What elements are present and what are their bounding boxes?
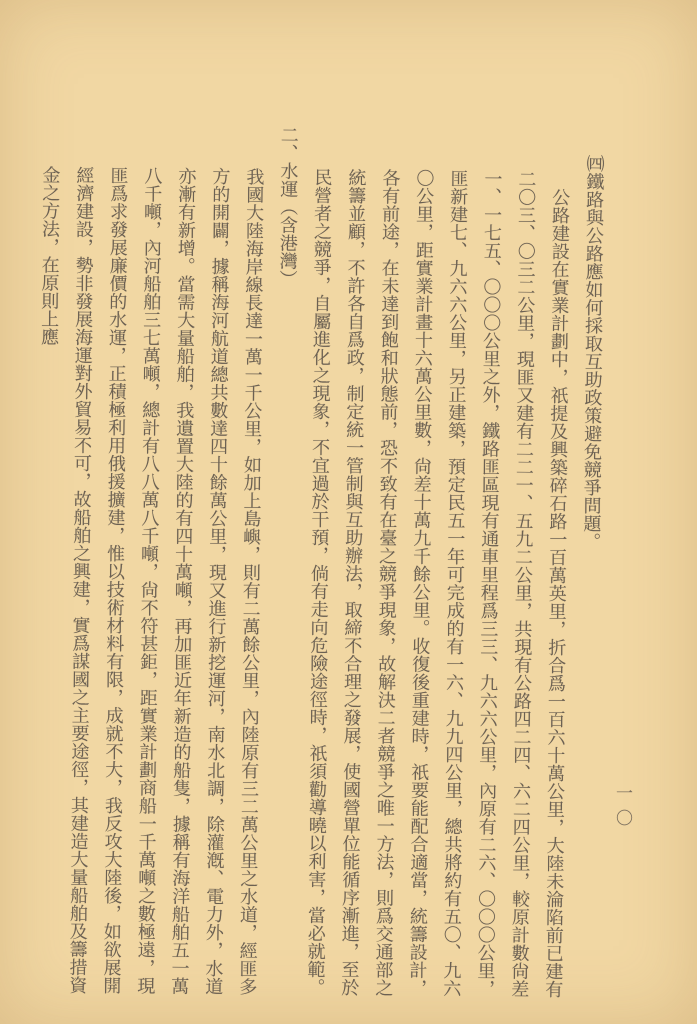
paragraph-water-transport: 我國大陸海岸線長達一萬一千公里，如加上島嶼，則有二萬餘公里，內陸原有三二萬公里之… [25, 123, 271, 1007]
page-text-block: ㈣鐵路與公路應如何採取互助政策避免競爭問題。 公路建設在實業計劃中，祇提及興築碎… [25, 123, 611, 1010]
paragraph-highway-railway-statistics: 公路建設在實業計劃中，祇提及興築碎石路一百萬英里，折合爲一百六十萬公里，大陸未淪… [297, 126, 577, 1010]
page-number: 一〇 [610, 784, 635, 834]
scanned-document-page: ㈣鐵路與公路應如何採取互助政策避免競爭問題。 公路建設在實業計劃中，祇提及興築碎… [0, 0, 697, 1024]
